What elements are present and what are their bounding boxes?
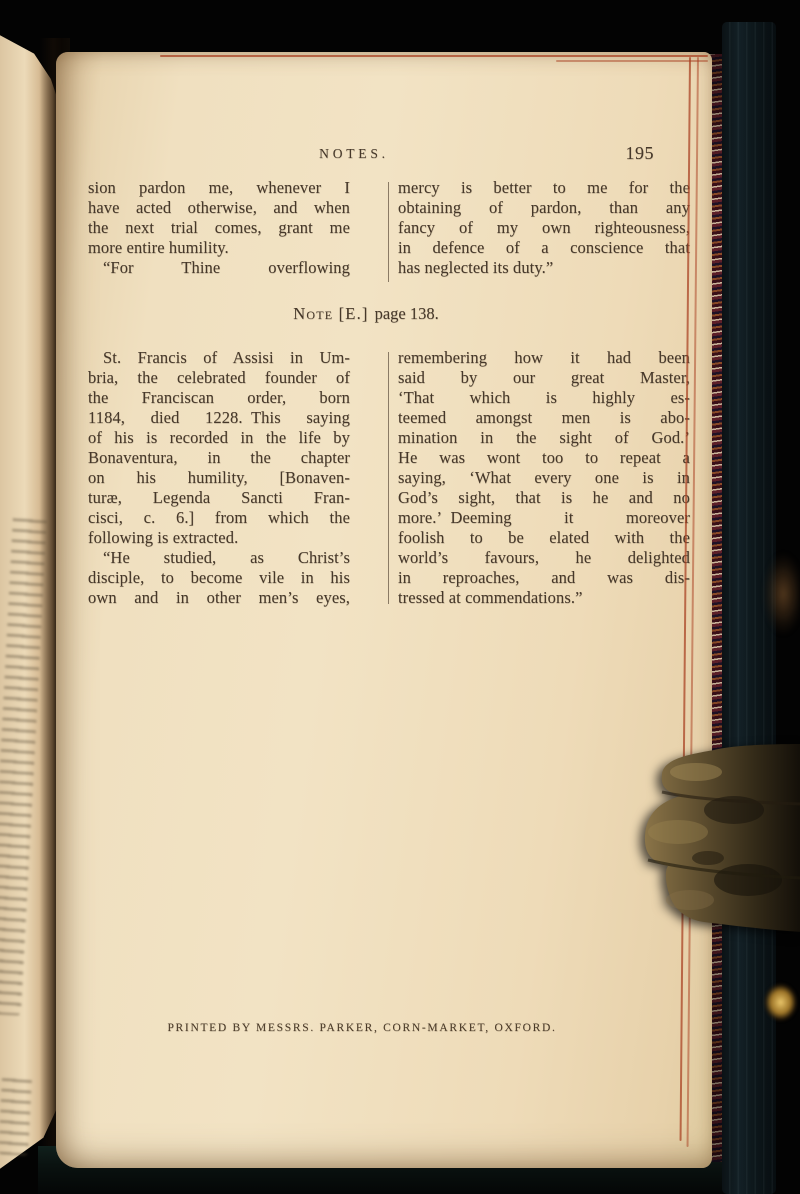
text-line: the next trial comes, grant me [88, 218, 350, 238]
page-title: NOTES. [68, 146, 640, 162]
text-line: world’s favours, he delighted [398, 548, 690, 568]
text-line: cisci, c. 6.] from which the [88, 508, 350, 528]
text-line: remembering how it had been [398, 348, 690, 368]
text-line: He was wont too to repeat a [398, 448, 690, 468]
book-page: NOTES. 195 sion pardon me, whenever Ihav… [56, 52, 712, 1168]
text-line: Bonaventura, in the chapter [88, 448, 350, 468]
text-line: sion pardon me, whenever I [88, 178, 350, 198]
text-line: own and in other men’s eyes, [88, 588, 350, 608]
note-page-ref: page 138. [375, 304, 439, 323]
red-rule-top [556, 60, 708, 62]
text-line: the Franciscan order, born [88, 388, 350, 408]
section1-right-column: mercy is better to me for theobtaining o… [398, 178, 690, 278]
text-line: mination in the sight of God.’ [398, 428, 690, 448]
page-number: 195 [626, 143, 655, 164]
book-photo: NOTES. 195 sion pardon me, whenever Ihav… [0, 0, 800, 1194]
text-line: in reproaches, and was dis- [398, 568, 690, 588]
text-line: obtaining of pardon, than any [398, 198, 690, 218]
text-line: of his is recorded in the life by [88, 428, 350, 448]
clasp-catch-glint [757, 978, 800, 1032]
text-line: fancy of my own righteousness, [398, 218, 690, 238]
text-line: disciple, to become vile in his [88, 568, 350, 588]
text-line: following is extracted. [88, 528, 350, 548]
text-line: has neglected its duty.” [398, 258, 690, 278]
section2-left-column: St. Francis of Assisi in Um-bria, the ce… [88, 348, 350, 608]
column-divider [388, 352, 389, 604]
red-rule-top [160, 55, 708, 57]
printer-imprint: PRINTED BY MESSRS. PARKER, CORN-MARKET, … [76, 1022, 648, 1034]
text-line: ‘That which is highly es- [398, 388, 690, 408]
text-line: 1184, died 1228. This saying [88, 408, 350, 428]
facing-page-blurred-text [0, 1074, 32, 1155]
text-line: turæ, Legenda Sancti Fran- [88, 488, 350, 508]
text-line: on his humility, [Bonaven- [88, 468, 350, 488]
text-line: God’s sight, that is he and no [398, 488, 690, 508]
text-line: St. Francis of Assisi in Um- [88, 348, 350, 368]
text-line: foolish to be elated with the [398, 528, 690, 548]
text-line: tressed at commendations.” [398, 588, 690, 608]
text-line: “For Thine overflowing [88, 258, 350, 278]
note-heading: Note [E.]page 138. [80, 304, 652, 324]
text-line: said by our great Master, [398, 368, 690, 388]
clasp-hinge-shadow [758, 548, 800, 650]
column-divider [388, 182, 389, 282]
running-head: NOTES. 195 [88, 146, 660, 170]
note-label: Note [E.] [293, 304, 368, 323]
text-line: bria, the celebrated founder of [88, 368, 350, 388]
text-line: teemed amongst men is abo- [398, 408, 690, 428]
text-line: more.’ Deeming it moreover [398, 508, 690, 528]
text-line: more entire humility. [88, 238, 350, 258]
section1-left-column: sion pardon me, whenever Ihave acted oth… [88, 178, 350, 278]
section2-right-column: remembering how it had beensaid by our g… [398, 348, 690, 608]
text-line: “He studied, as Christ’s [88, 548, 350, 568]
text-line: have acted otherwise, and when [88, 198, 350, 218]
text-line: saying, ‘What every one is in [398, 468, 690, 488]
text-line: mercy is better to me for the [398, 178, 690, 198]
brass-clasp [638, 740, 800, 936]
text-line: in defence of a conscience that [398, 238, 690, 258]
